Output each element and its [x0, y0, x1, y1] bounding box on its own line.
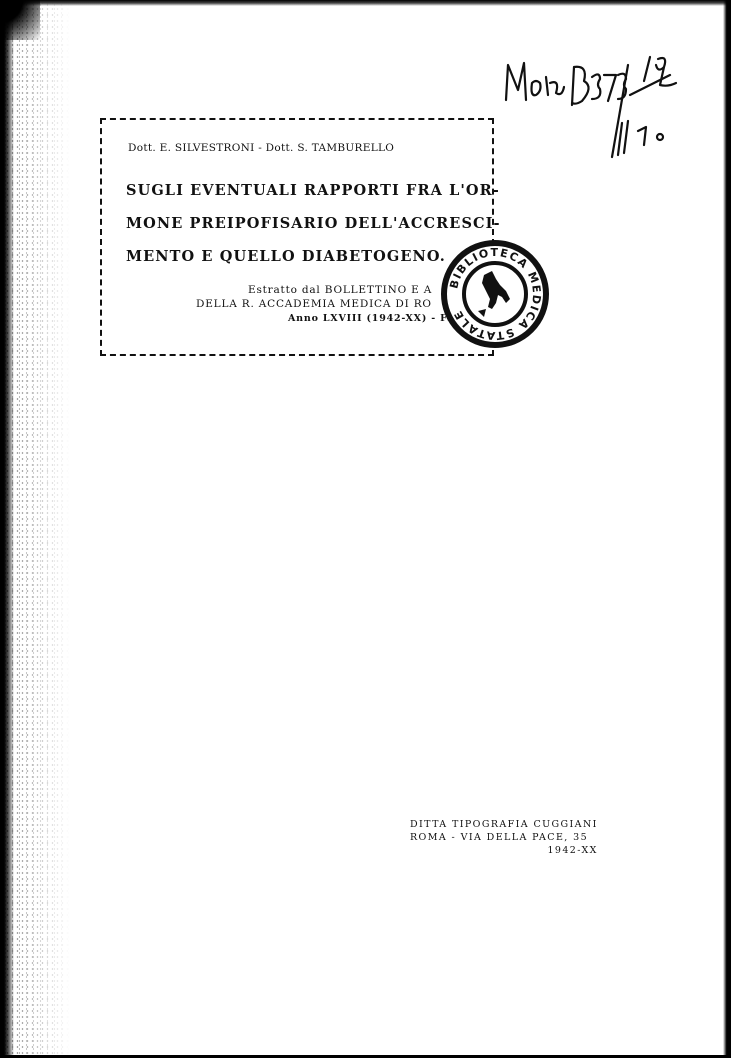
authors: Dott. E. SILVESTRONI - Dott. S. TAMBUREL…: [128, 142, 394, 154]
scan-corner: [0, 0, 40, 40]
extract-line-3: Anno LXVIII (1942-XX) - Fa: [288, 312, 454, 326]
extract-line-1: Estratto dal BOLLETTINO E A: [248, 283, 432, 297]
library-stamp: BIBLIOTECA MEDICA STATALE: [440, 237, 550, 352]
printer-name: DITTA TIPOGRAFIA CUGGIANI: [410, 818, 598, 831]
printer-imprint: DITTA TIPOGRAFIA CUGGIANI ROMA - VIA DEL…: [410, 818, 598, 857]
scan-border-right: [723, 0, 731, 1058]
extract-line-2: DELLA R. ACCADEMIA MEDICA DI RO: [196, 297, 432, 311]
title-line-2: MONE PREIPOFISARIO DELL'ACCRESCI-: [126, 207, 496, 240]
printer-year: 1942-XX: [410, 844, 598, 857]
printer-address: ROMA - VIA DELLA PACE, 35: [410, 831, 598, 844]
handwritten-shelfmark: [500, 45, 700, 160]
title-line-1: SUGLI EVENTUALI RAPPORTI FRA L'OR-: [126, 174, 496, 207]
scan-noise-left: [0, 0, 70, 1058]
scan-border-top: [0, 0, 731, 6]
